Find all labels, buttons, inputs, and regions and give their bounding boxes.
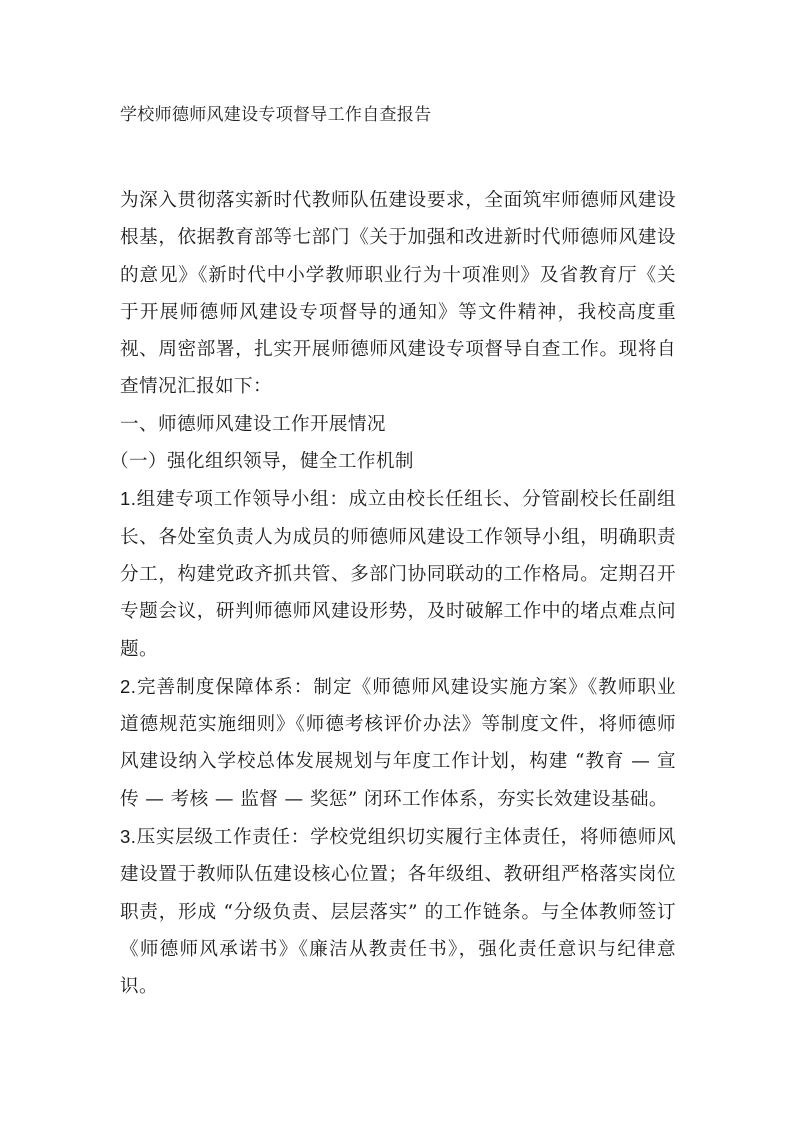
document-body: 学校师德师风建设专项督导工作自查报告 为深入贯彻落实新时代教师队伍建设要求，全面… (120, 100, 676, 1006)
subsection-heading: （一）强化组织领导，健全工作机制 (110, 443, 676, 480)
item-number: 1. (120, 488, 136, 509)
intro-paragraph: 为深入贯彻落实新时代教师队伍建设要求，全面筑牢师德师风建设根基，依据教育部等七部… (120, 182, 676, 406)
title-spacer (120, 130, 676, 182)
item-text: 完善制度保障体系：制定《师德师风建设实施方案》《教师职业道德规范实施细则》《师德… (120, 677, 676, 810)
list-item-2: 2.完善制度保障体系：制定《师德师风建设实施方案》《教师职业道德规范实施细则》《… (120, 668, 676, 818)
item-text: 压实层级工作责任：学校党组织切实履行主体责任，将师德师风建设置于教师队伍建设核心… (120, 827, 676, 997)
list-item-3: 3.压实层级工作责任：学校党组织切实履行主体责任，将师德师风建设置于教师队伍建设… (120, 818, 676, 1005)
item-number: 3. (120, 826, 136, 847)
list-item-1: 1.组建专项工作领导小组：成立由校长任组长、分管副校长任副组长、各处室负责人为成… (120, 480, 676, 667)
section-heading: 一、师德师风建设工作开展情况 (120, 406, 676, 443)
document-page: 学校师德师风建设专项督导工作自查报告 为深入贯彻落实新时代教师队伍建设要求，全面… (0, 0, 793, 1122)
document-title: 学校师德师风建设专项督导工作自查报告 (120, 100, 676, 130)
item-text: 组建专项工作领导小组：成立由校长任组长、分管副校长任副组长、各处室负责人为成员的… (120, 489, 676, 659)
item-number: 2. (120, 676, 136, 697)
